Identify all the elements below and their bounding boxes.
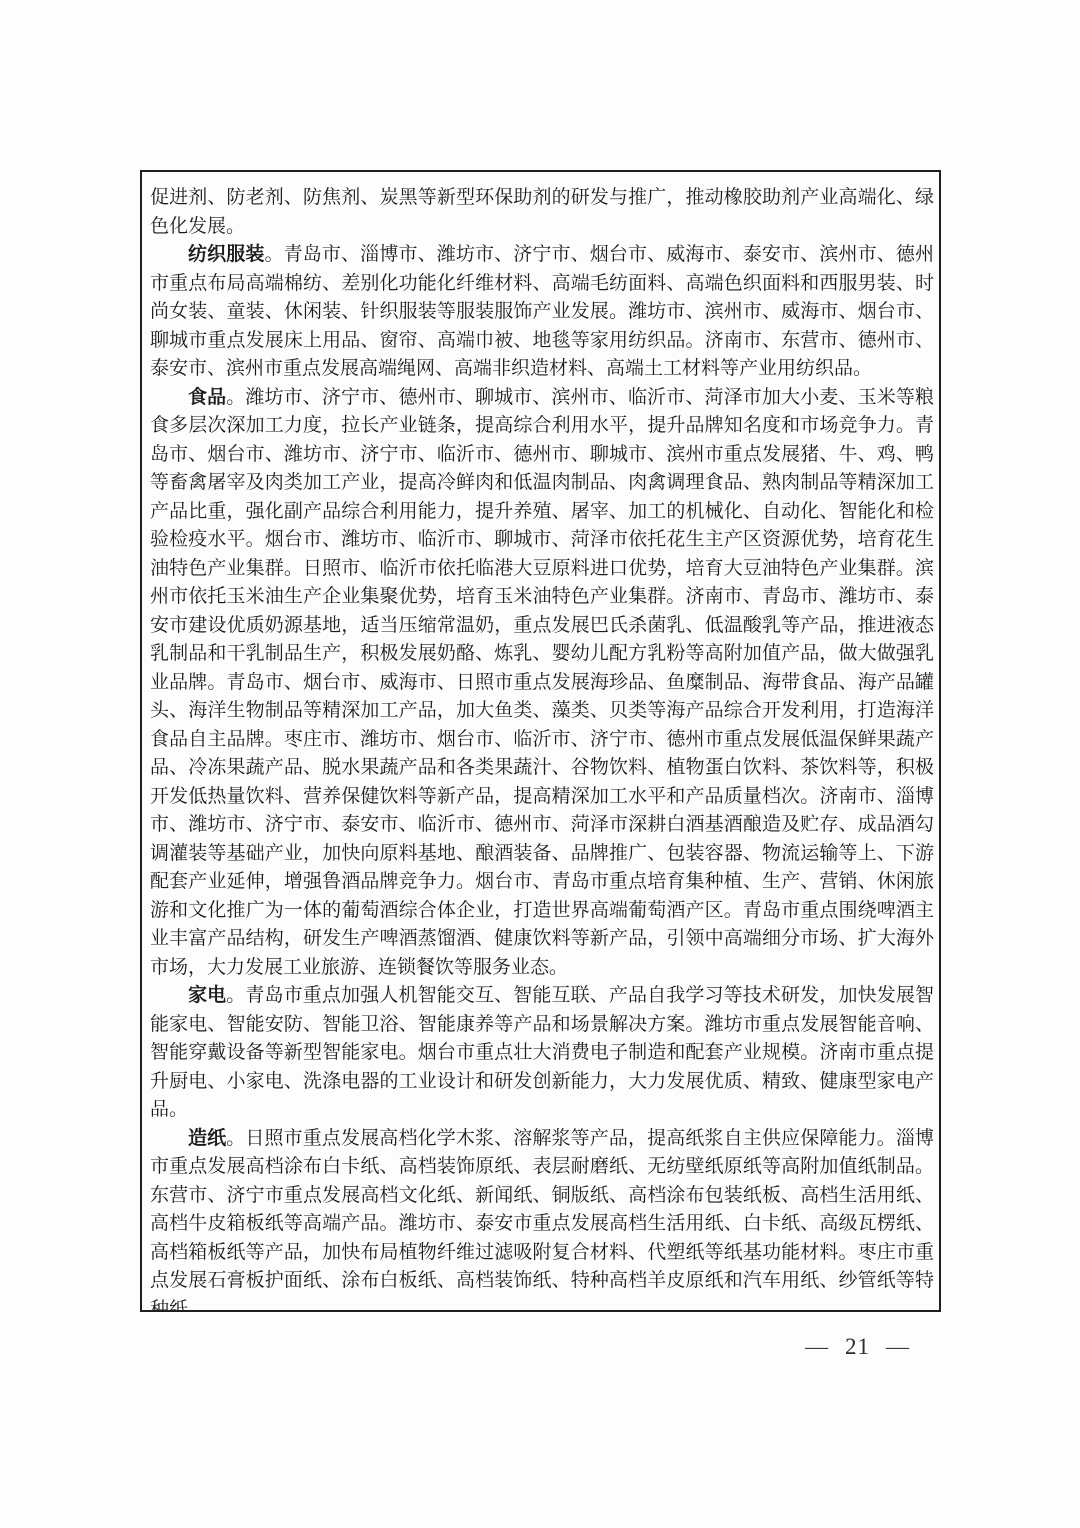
page-number-dash-left: —: [805, 1334, 829, 1360]
page-number-value: 21: [845, 1334, 870, 1360]
paragraph-text: 。日照市重点发展高档化学木浆、溶解浆等产品，提高纸浆自主供应保障能力。淄博市重点…: [150, 1128, 934, 1313]
paragraph-rubber-auxiliaries-continuation: 促进剂、防老剂、防焦剂、炭黑等新型环保助剂的研发与推广，推动橡胶助剂产业高端化、…: [150, 184, 934, 241]
paragraph-textile-apparel: 纺织服装。青岛市、淄博市、潍坊市、济宁市、烟台市、威海市、泰安市、滨州市、德州市…: [150, 241, 934, 384]
paragraph-lead: 家电: [188, 985, 226, 1006]
paragraph-lead: 食品: [188, 387, 226, 408]
page-number: — 21 —: [775, 1334, 940, 1360]
page-number-dash-right: —: [886, 1334, 910, 1360]
document-page: 促进剂、防老剂、防焦剂、炭黑等新型环保助剂的研发与推广，推动橡胶助剂产业高端化、…: [0, 0, 1080, 1528]
paragraph-text: 。青岛市、淄博市、潍坊市、济宁市、烟台市、威海市、泰安市、滨州市、德州市重点布局…: [150, 244, 934, 379]
paragraph-home-appliances: 家电。青岛市重点加强人机智能交互、智能互联、产品自我学习等技术研发，加快发展智能…: [150, 982, 934, 1125]
paragraph-lead: 造纸: [188, 1128, 226, 1149]
paragraph-lead: 纺织服装: [188, 244, 265, 265]
paragraph-text: 。青岛市重点加强人机智能交互、智能互联、产品自我学习等技术研发，加快发展智能家电…: [150, 985, 934, 1120]
paragraph-text: 。潍坊市、济宁市、德州市、聊城市、滨州市、临沂市、菏泽市加大小麦、玉米等粮食多层…: [150, 387, 934, 978]
content-border-box: 促进剂、防老剂、防焦剂、炭黑等新型环保助剂的研发与推广，推动橡胶助剂产业高端化、…: [140, 170, 941, 1312]
paragraph-papermaking: 造纸。日照市重点发展高档化学木浆、溶解浆等产品，提高纸浆自主供应保障能力。淄博市…: [150, 1125, 934, 1313]
paragraph-food: 食品。潍坊市、济宁市、德州市、聊城市、滨州市、临沂市、菏泽市加大小麦、玉米等粮食…: [150, 384, 934, 983]
paragraph-text: 促进剂、防老剂、防焦剂、炭黑等新型环保助剂的研发与推广，推动橡胶助剂产业高端化、…: [150, 187, 934, 237]
